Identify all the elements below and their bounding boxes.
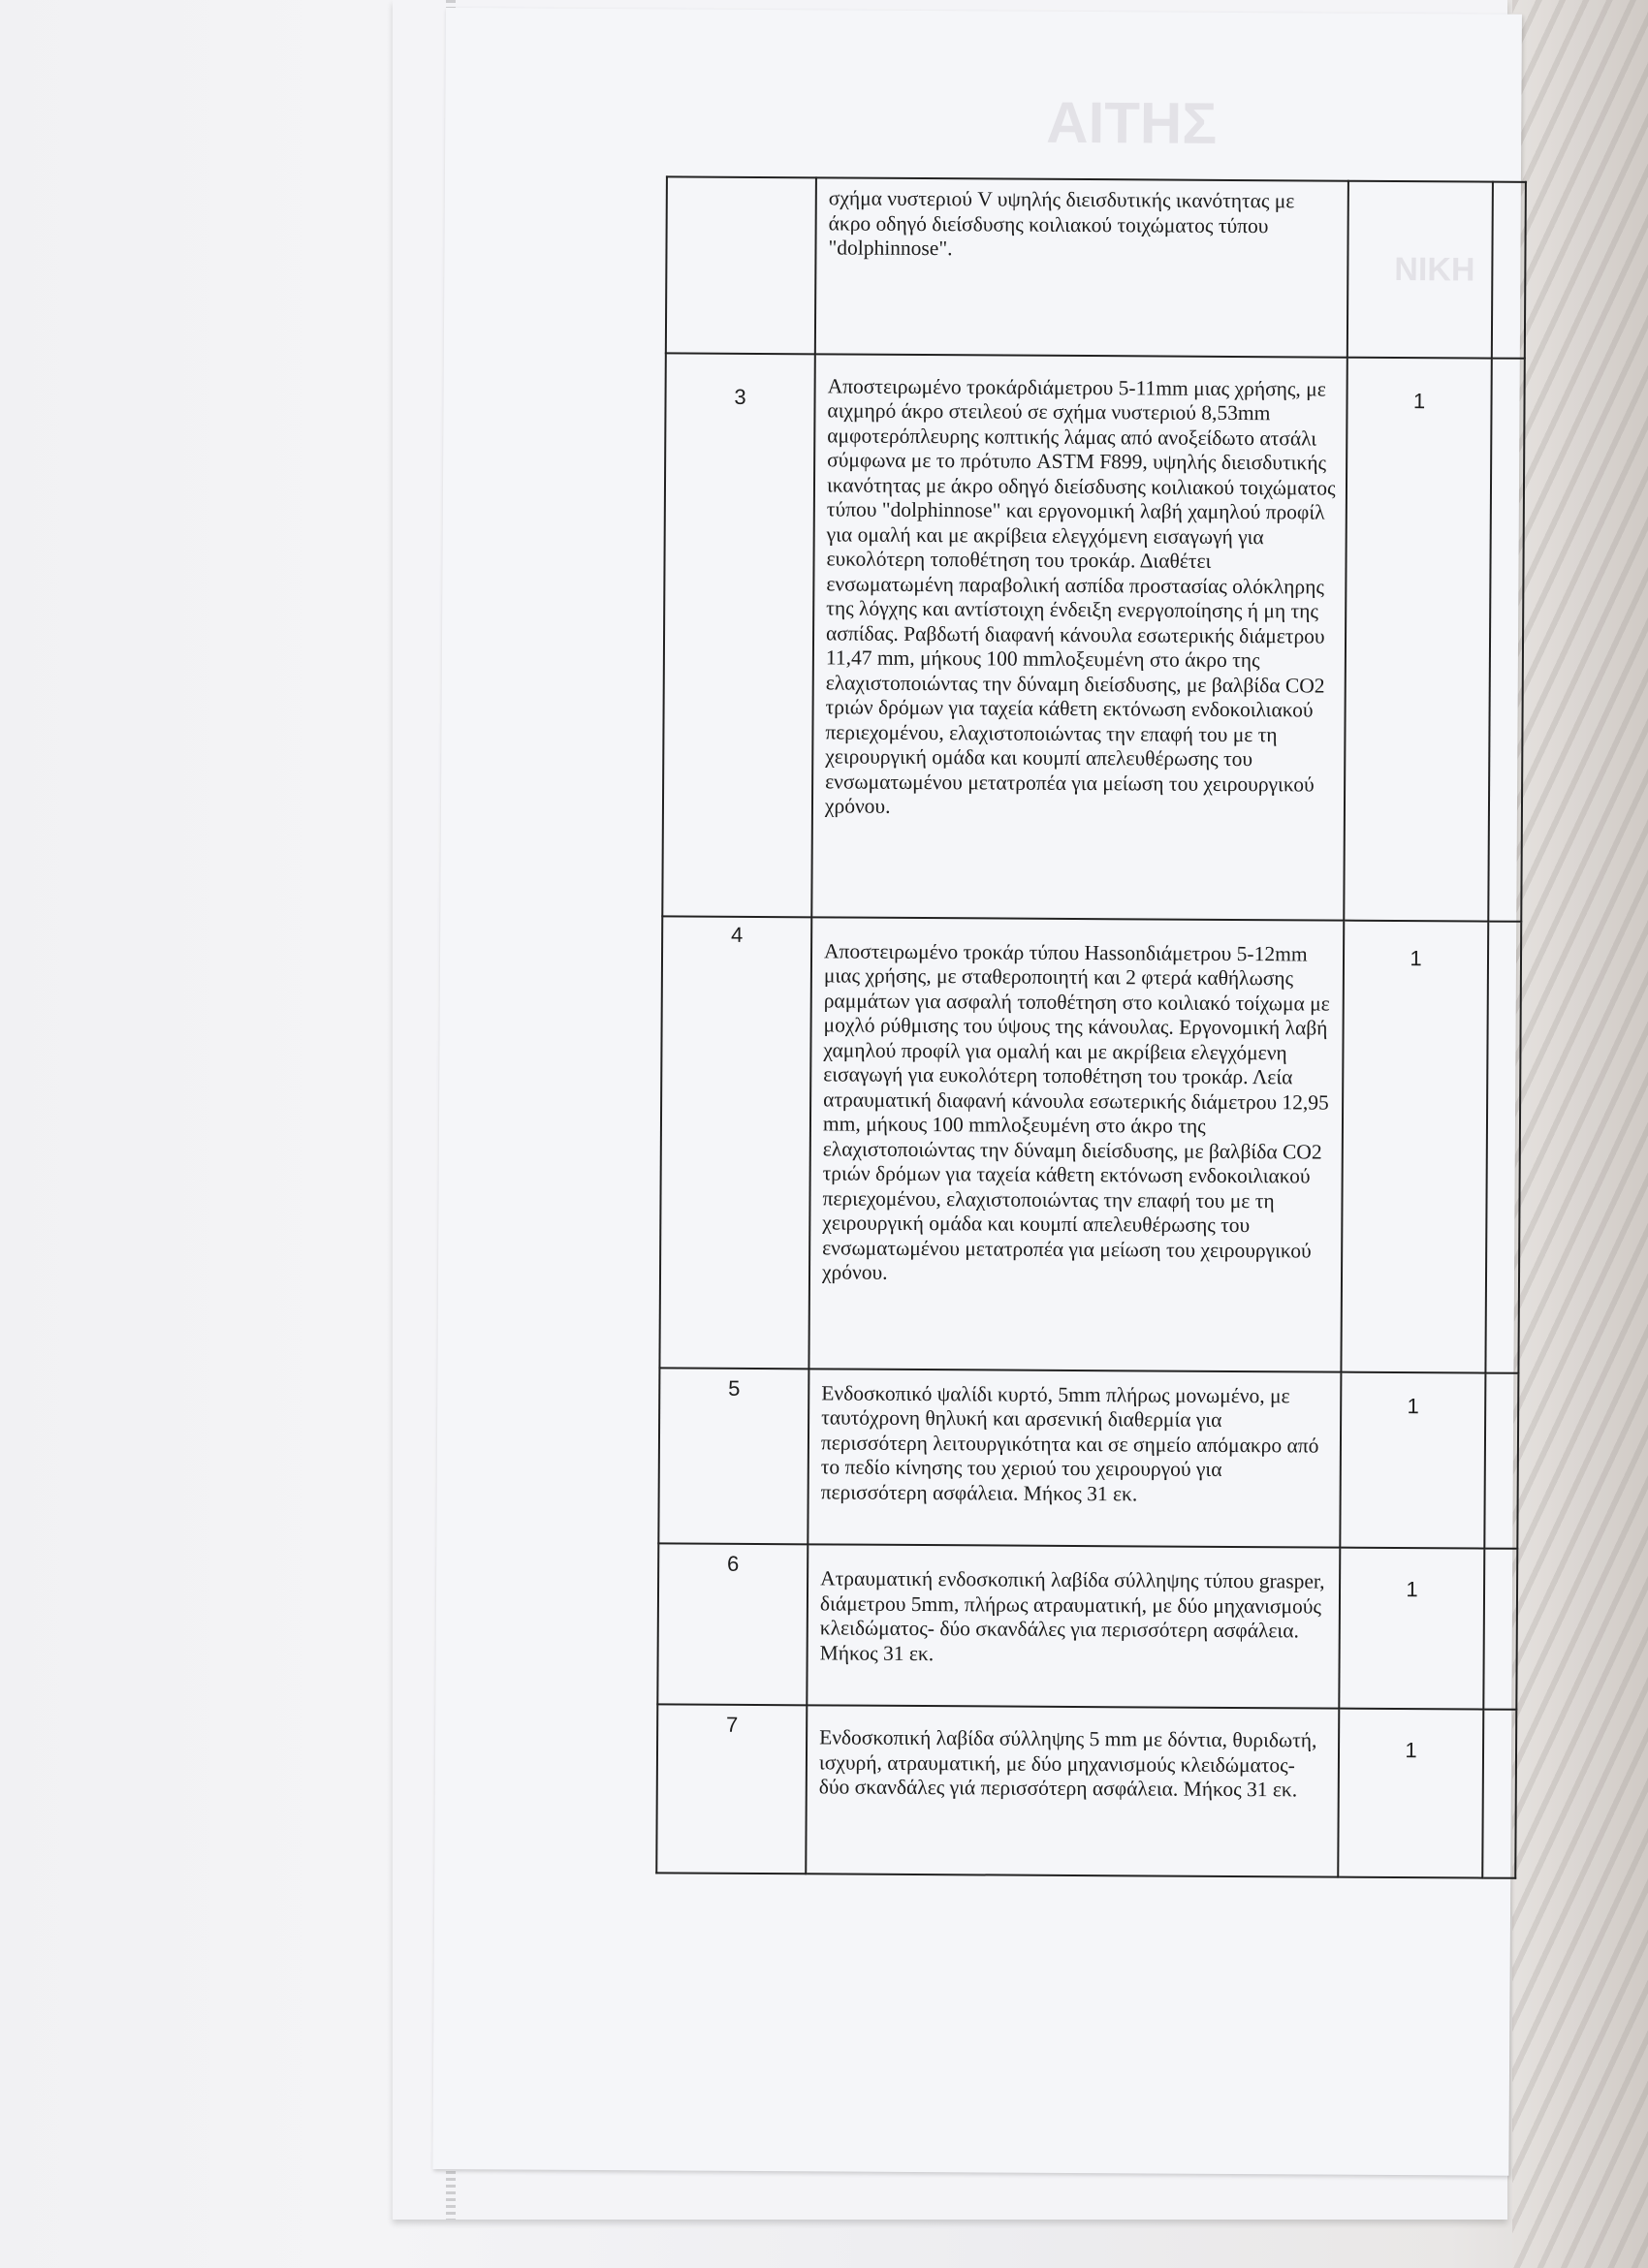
row-description-cell: Αποστειρωμένο τροκάρ τύπου Hassonδιάμετρ… — [808, 917, 1344, 1371]
description-text: σχήμα νυστεριού V υψηλής διεισδυτικής ικ… — [828, 186, 1337, 264]
description-text: Αποστειρωμένο τροκάρδιάμετρου 5-11mm μια… — [825, 374, 1337, 822]
description-text: Αποστειρωμένο τροκάρ τύπου Hassonδιάμετρ… — [822, 939, 1333, 1288]
row-quantity-cell: 1 — [1341, 920, 1488, 1372]
row-description-cell: Ενδοσκοπική λαβίδα σύλληψης 5 mm με δόντ… — [806, 1705, 1339, 1876]
row-quantity-cell: 1 — [1338, 1709, 1483, 1877]
quantity-value: 1 — [1343, 1373, 1483, 1419]
row-number-cell — [666, 176, 816, 353]
scanner-background-stain — [1512, 0, 1648, 2268]
extra-column-cell — [1482, 1710, 1516, 1878]
quantity-value: 1 — [1348, 359, 1489, 414]
row-description-cell: Ενδοσκοπικό ψαλίδι κυρτό, 5mm πλήρως μον… — [808, 1369, 1341, 1548]
row-number-cell: 6 — [657, 1543, 808, 1705]
bleed-through-text: ΑΙΤΗΣ — [1046, 89, 1217, 157]
row-number: 5 — [661, 1370, 807, 1402]
row-description-cell: σχήμα νυστεριού V υψηλής διεισδυτικής ικ… — [815, 177, 1348, 357]
quantity-value: 1 — [1341, 1711, 1481, 1764]
table-row: 3 Αποστειρωμένο τροκάρδιάμετρου 5-11mm μ… — [662, 353, 1525, 921]
description-text: Ατραυματική ενδοσκοπική λαβίδα σύλληψης … — [820, 1566, 1330, 1668]
row-description-cell: Ατραυματική ενδοσκοπική λαβίδα σύλληψης … — [807, 1544, 1340, 1708]
row-number-cell: 7 — [656, 1704, 807, 1873]
row-number-cell: 3 — [662, 353, 815, 917]
extra-column-cell — [1492, 182, 1526, 359]
row-description-cell: Αποστειρωμένο τροκάρδιάμετρου 5-11mm μια… — [811, 354, 1347, 920]
specification-table: σχήμα νυστεριού V υψηλής διεισδυτικής ικ… — [655, 175, 1527, 1878]
table-row: 6 Ατραυματική ενδοσκοπική λαβίδα σύλληψη… — [657, 1543, 1517, 1709]
table-row: 5 Ενδοσκοπικό ψαλίδι κυρτό, 5mm πλήρως μ… — [658, 1368, 1518, 1549]
row-number: 6 — [660, 1545, 806, 1577]
extra-column-cell — [1484, 1372, 1518, 1549]
row-quantity-cell — [1347, 181, 1493, 358]
extra-column-cell — [1485, 921, 1521, 1372]
table-row: 4 Αποστειρωμένο τροκάρ τύπου Hassonδιάμε… — [659, 916, 1521, 1372]
table-row: σχήμα νυστεριού V υψηλής διεισδυτικής ικ… — [666, 176, 1526, 358]
row-quantity-cell: 1 — [1344, 357, 1492, 921]
extra-column-cell — [1488, 358, 1525, 921]
document-page: ΑΙΤΗΣ ΝΙΚΗ σχήμα νυστεριού V υψηλής διει… — [432, 8, 1522, 2176]
row-number-cell: 5 — [658, 1368, 808, 1544]
quantity-value: 1 — [1346, 922, 1486, 971]
row-number-cell: 4 — [659, 916, 811, 1369]
row-number: 3 — [667, 355, 812, 410]
row-quantity-cell: 1 — [1339, 1548, 1484, 1710]
quantity-value: 1 — [1342, 1550, 1482, 1603]
row-quantity-cell: 1 — [1340, 1371, 1485, 1548]
row-number: 7 — [659, 1706, 805, 1738]
extra-column-cell — [1483, 1549, 1517, 1710]
table-row: 7 Ενδοσκοπική λαβίδα σύλληψης 5 mm με δό… — [656, 1704, 1516, 1877]
description-text: Ενδοσκοπικό ψαλίδι κυρτό, 5mm πλήρως μον… — [821, 1381, 1331, 1508]
description-text: Ενδοσκοπική λαβίδα σύλληψης 5 mm με δόντ… — [819, 1725, 1328, 1803]
row-number: 4 — [664, 918, 809, 948]
